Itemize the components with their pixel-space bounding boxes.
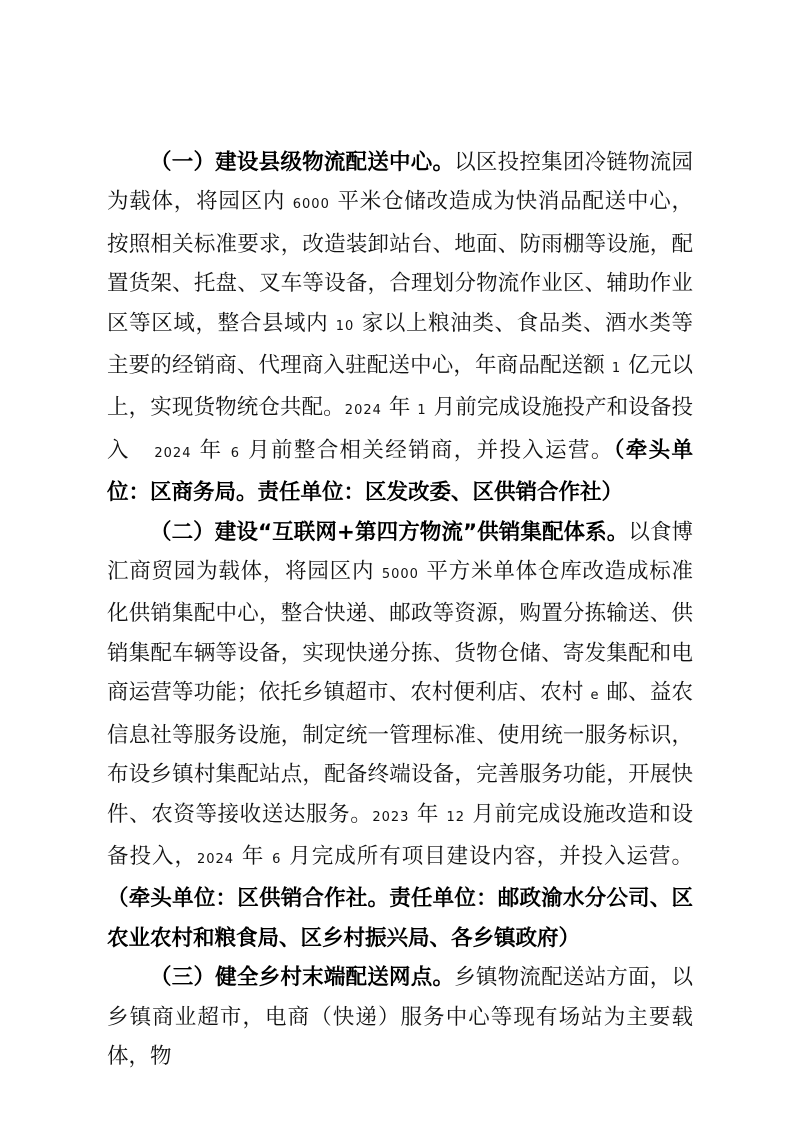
body-text: 年 <box>417 802 439 827</box>
number: 2024 <box>197 852 234 867</box>
number: 10 <box>336 319 355 334</box>
paragraph-supply-distribution-system: （二）建设“互联网+第四方物流”供销集配体系。以食博汇商贸园为载体，将园区内 5… <box>107 513 693 958</box>
paragraph-rural-delivery-network: （三）健全乡村末端配送网点。乡镇物流配送站方面，以乡镇商业超市，电商（快递）服务… <box>107 958 693 1076</box>
body-text: 月完成所有项目建设内容，并投入运营。 <box>289 844 693 869</box>
responsibility-note: （牵头单位：区供销合作社。责任单位：邮政渝水分公司、区农业农村和粮食局、区乡村振… <box>107 886 693 950</box>
number: 2024 <box>154 446 191 461</box>
body-text: 月前整合相关经销商，并投入运营。 <box>248 438 614 463</box>
number: 6000 <box>293 197 330 212</box>
number: 1 <box>612 361 621 376</box>
paragraph-county-logistics-center: （一）建设县级物流配送中心。以区投控集团冷链物流园为载体，将园区内 6000 平… <box>107 143 693 513</box>
number: 6 <box>231 446 240 461</box>
number: 2024 <box>345 403 382 418</box>
body-text: 年 <box>242 844 264 869</box>
body-text: 年 <box>200 438 223 463</box>
document-page: （一）建设县级物流配送中心。以区投控集团冷链物流园为载体，将园区内 6000 平… <box>107 143 693 1076</box>
number: 6 <box>272 852 281 867</box>
section-heading: （二）建设“互联网+第四方物流”供销集配体系。 <box>150 520 628 545</box>
number: 1 <box>417 403 426 418</box>
number: 5000 <box>382 567 419 582</box>
number: e <box>591 688 600 703</box>
section-heading: （三）健全乡村末端配送网点。 <box>150 965 454 990</box>
number: 2023 <box>372 810 409 825</box>
number: 12 <box>446 810 465 825</box>
section-heading: （一）建设县级物流配送中心。 <box>150 150 454 175</box>
body-text: 年 <box>389 395 411 420</box>
